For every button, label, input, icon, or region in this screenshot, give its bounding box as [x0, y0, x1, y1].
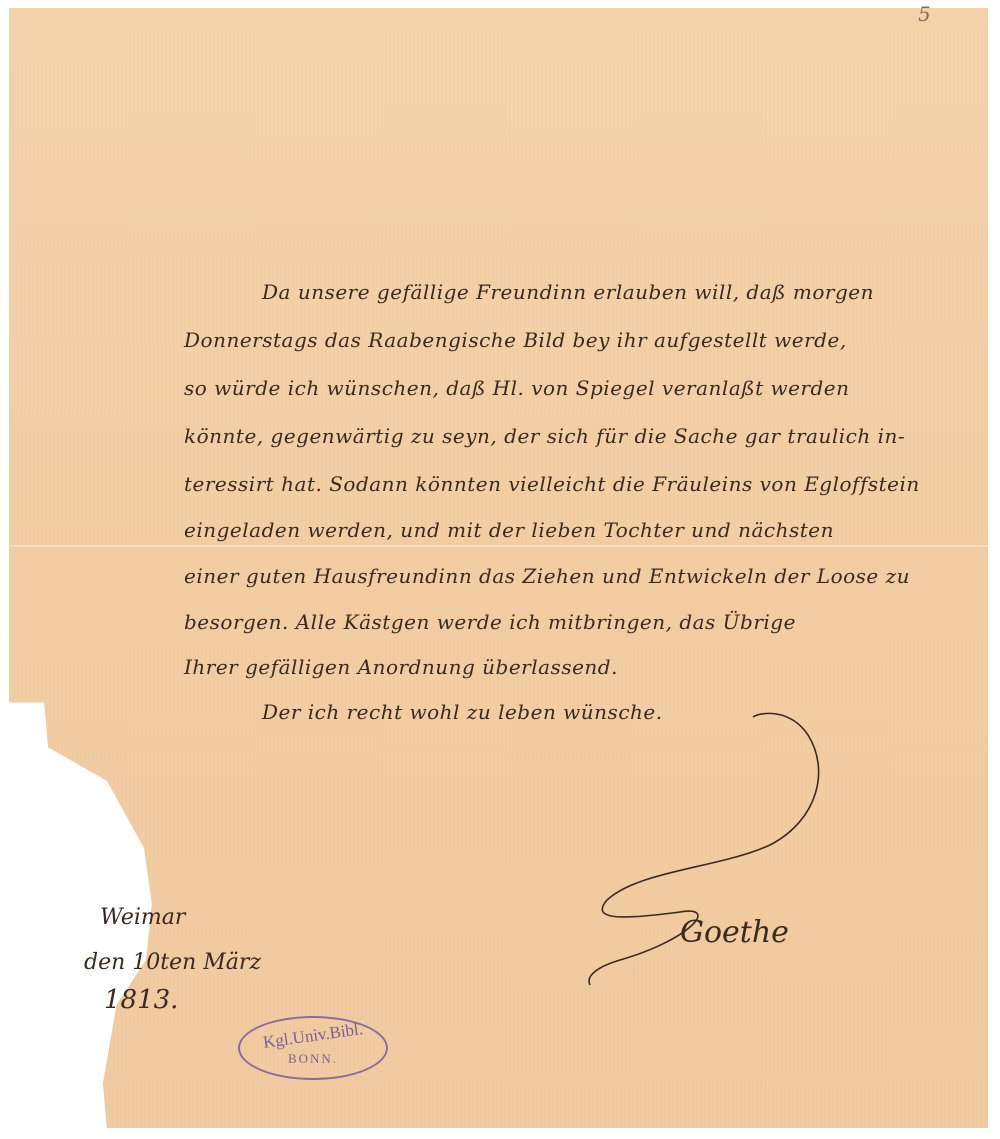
- signature-flourish: [0, 0, 1000, 1139]
- library-stamp: Kgl.Univ.Bibl. BONN.: [238, 1016, 388, 1080]
- stamp-line-2: BONN.: [240, 1051, 386, 1067]
- signature: Goethe: [680, 915, 789, 950]
